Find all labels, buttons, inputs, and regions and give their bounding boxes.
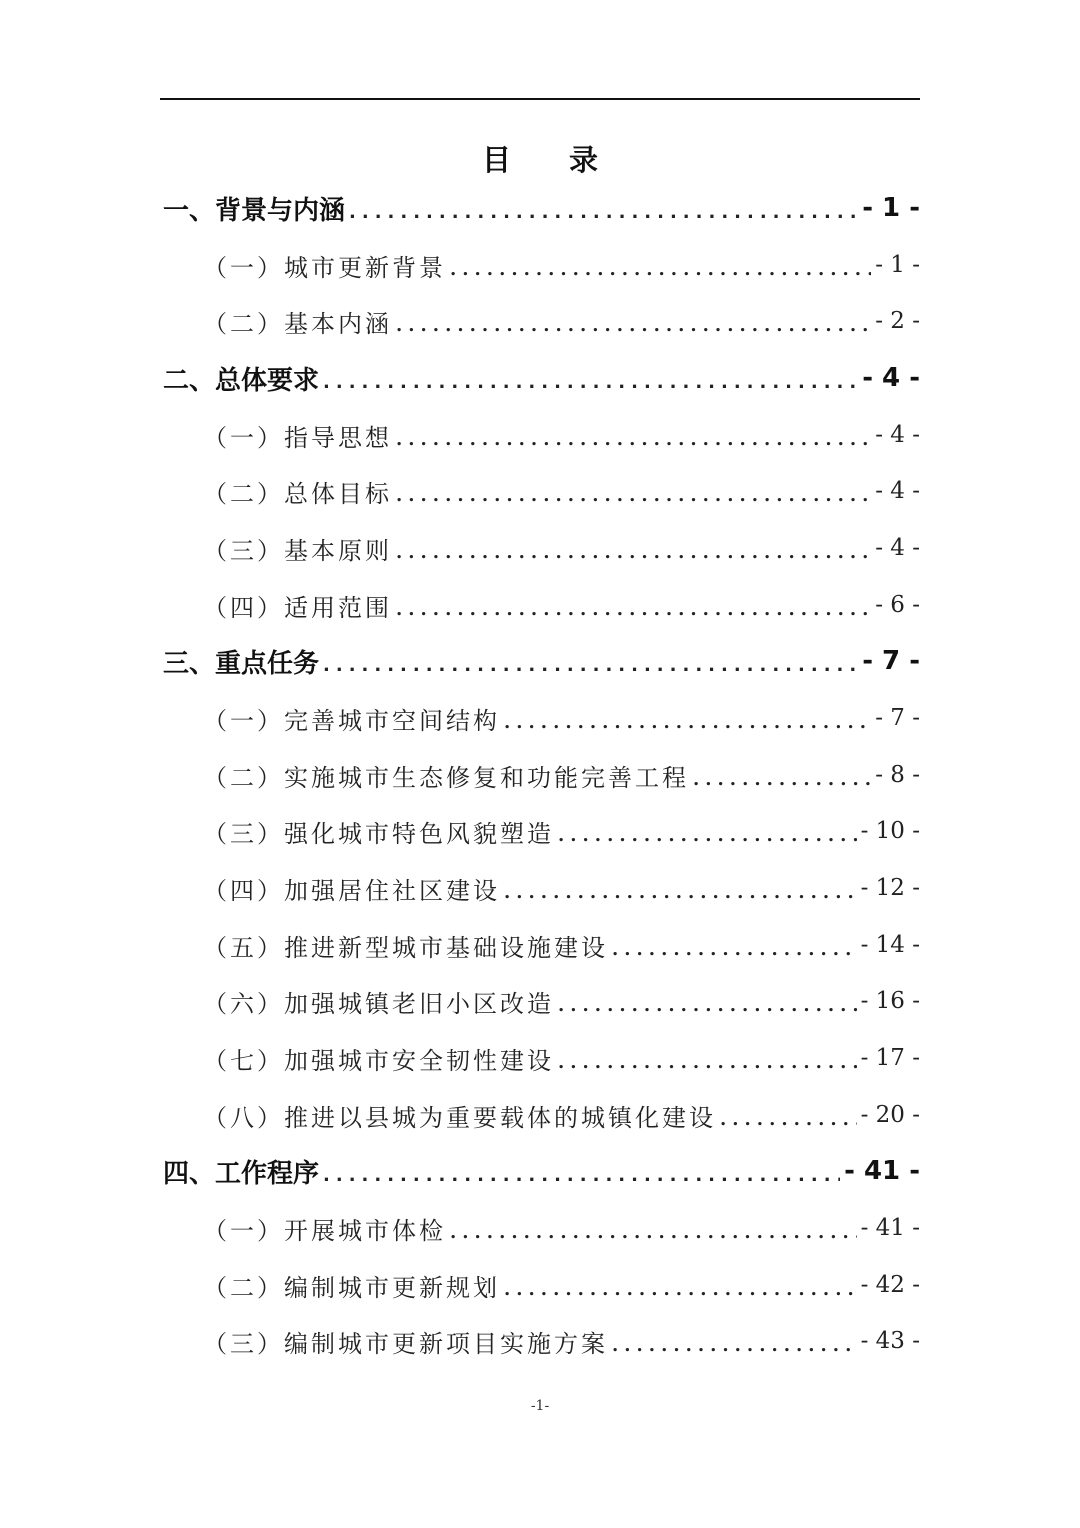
- toc-entry[interactable]: （六）加强城镇老旧小区改造- 16 -: [203, 981, 920, 1021]
- toc-entry[interactable]: （一）城市更新背景- 1 -: [203, 245, 920, 285]
- toc-entry[interactable]: （二）编制城市更新规划- 42 -: [203, 1265, 920, 1305]
- toc-entry[interactable]: （一）完善城市空间结构- 7 -: [203, 698, 920, 738]
- toc-entry-page: - 10 -: [861, 818, 920, 844]
- dot-leader: [323, 1167, 840, 1191]
- toc-entry-label: （七）加强城市安全韧性建设: [203, 1041, 554, 1076]
- toc-entry-label: 二、总体要求: [163, 360, 319, 397]
- dot-leader: [450, 261, 871, 285]
- dot-leader: [558, 1054, 857, 1078]
- dot-leader: [396, 487, 871, 511]
- toc-title: 目 录: [0, 138, 1080, 179]
- toc-entry[interactable]: （四）加强居住社区建设- 12 -: [203, 868, 920, 908]
- dot-leader: [349, 204, 858, 228]
- toc-entry[interactable]: （三）强化城市特色风貌塑造- 10 -: [203, 811, 920, 851]
- toc-entry-page: - 7 -: [862, 646, 920, 676]
- toc-entry[interactable]: （八）推进以县城为重要载体的城镇化建设- 20 -: [203, 1095, 920, 1135]
- toc-entry[interactable]: 三、重点任务- 7 -: [163, 641, 920, 681]
- toc-entry[interactable]: （四）适用范围- 6 -: [203, 585, 920, 625]
- toc-entry-page: - 41 -: [861, 1215, 920, 1241]
- toc-entry[interactable]: 二、总体要求- 4 -: [163, 358, 920, 398]
- toc-entry-page: - 17 -: [861, 1045, 920, 1071]
- toc-entry-label: （四）适用范围: [203, 588, 392, 623]
- toc-entry-label: （三）基本原则: [203, 531, 392, 566]
- toc-entry-page: - 6 -: [875, 592, 920, 618]
- toc-entry-label: （二）实施城市生态修复和功能完善工程: [203, 758, 689, 793]
- toc-entry[interactable]: （二）实施城市生态修复和功能完善工程- 8 -: [203, 755, 920, 795]
- toc-entry-label: （一）完善城市空间结构: [203, 701, 500, 736]
- dot-leader: [504, 1281, 857, 1305]
- toc-entry[interactable]: （三）基本原则- 4 -: [203, 528, 920, 568]
- dot-leader: [612, 1337, 857, 1361]
- toc-entry-page: - 4 -: [875, 478, 920, 504]
- toc-entry-label: （一）开展城市体检: [203, 1211, 446, 1246]
- toc-entry[interactable]: 四、工作程序- 41 -: [163, 1151, 920, 1191]
- toc-entry-page: - 14 -: [861, 932, 920, 958]
- toc-entry-label: 四、工作程序: [163, 1153, 319, 1190]
- toc-entry[interactable]: （二）基本内涵- 2 -: [203, 301, 920, 341]
- toc-entry-label: （一）城市更新背景: [203, 248, 446, 283]
- dot-leader: [450, 1224, 857, 1248]
- toc-entry-page: - 2 -: [875, 308, 920, 334]
- toc-entry[interactable]: （五）推进新型城市基础设施建设- 14 -: [203, 925, 920, 965]
- toc-entry-label: （三）强化城市特色风貌塑造: [203, 814, 554, 849]
- toc-entry[interactable]: （七）加强城市安全韧性建设- 17 -: [203, 1038, 920, 1078]
- page-number-footer: -1-: [0, 1398, 1080, 1414]
- toc-entry-label: （二）总体目标: [203, 474, 392, 509]
- toc-entry[interactable]: （三）编制城市更新项目实施方案- 43 -: [203, 1321, 920, 1361]
- toc-entry-page: - 41 -: [844, 1156, 920, 1186]
- toc-entry-label: （一）指导思想: [203, 418, 392, 453]
- toc-entry[interactable]: 一、背景与内涵- 1 -: [163, 188, 920, 228]
- dot-leader: [396, 431, 871, 455]
- toc-entry[interactable]: （二）总体目标- 4 -: [203, 471, 920, 511]
- dot-leader: [558, 997, 857, 1021]
- toc-entry[interactable]: （一）开展城市体检- 41 -: [203, 1208, 920, 1248]
- dot-leader: [693, 771, 871, 795]
- toc-entry-page: - 1 -: [862, 193, 920, 223]
- dot-leader: [323, 374, 858, 398]
- toc-entry-page: - 1 -: [875, 252, 920, 278]
- toc-entry-label: （六）加强城镇老旧小区改造: [203, 984, 554, 1019]
- dot-leader: [396, 317, 871, 341]
- toc-entry-page: - 42 -: [861, 1272, 920, 1298]
- toc-entry-page: - 16 -: [861, 988, 920, 1014]
- dot-leader: [323, 657, 858, 681]
- toc-entry-page: - 20 -: [861, 1102, 920, 1128]
- toc-entry-page: - 43 -: [861, 1328, 920, 1354]
- dot-leader: [396, 544, 871, 568]
- toc-entry-label: （五）推进新型城市基础设施建设: [203, 928, 608, 963]
- toc-entry-label: 三、重点任务: [163, 643, 319, 680]
- toc-entry-label: （四）加强居住社区建设: [203, 871, 500, 906]
- toc-entry-page: - 4 -: [875, 535, 920, 561]
- toc-entry-label: （八）推进以县城为重要载体的城镇化建设: [203, 1098, 716, 1133]
- toc-entry-label: （二）基本内涵: [203, 304, 392, 339]
- dot-leader: [612, 941, 857, 965]
- toc-entry-label: 一、背景与内涵: [163, 190, 345, 227]
- toc-entry-page: - 7 -: [875, 705, 920, 731]
- toc-entry[interactable]: （一）指导思想- 4 -: [203, 415, 920, 455]
- dot-leader: [396, 601, 871, 625]
- toc-entry-page: - 4 -: [862, 363, 920, 393]
- dot-leader: [720, 1111, 857, 1135]
- header-rule: [160, 98, 920, 100]
- toc-entry-label: （二）编制城市更新规划: [203, 1268, 500, 1303]
- dot-leader: [558, 827, 857, 851]
- toc-entry-page: - 8 -: [875, 762, 920, 788]
- dot-leader: [504, 714, 871, 738]
- toc-entry-label: （三）编制城市更新项目实施方案: [203, 1324, 608, 1359]
- dot-leader: [504, 884, 857, 908]
- toc-entry-page: - 12 -: [861, 875, 920, 901]
- toc-entry-page: - 4 -: [875, 422, 920, 448]
